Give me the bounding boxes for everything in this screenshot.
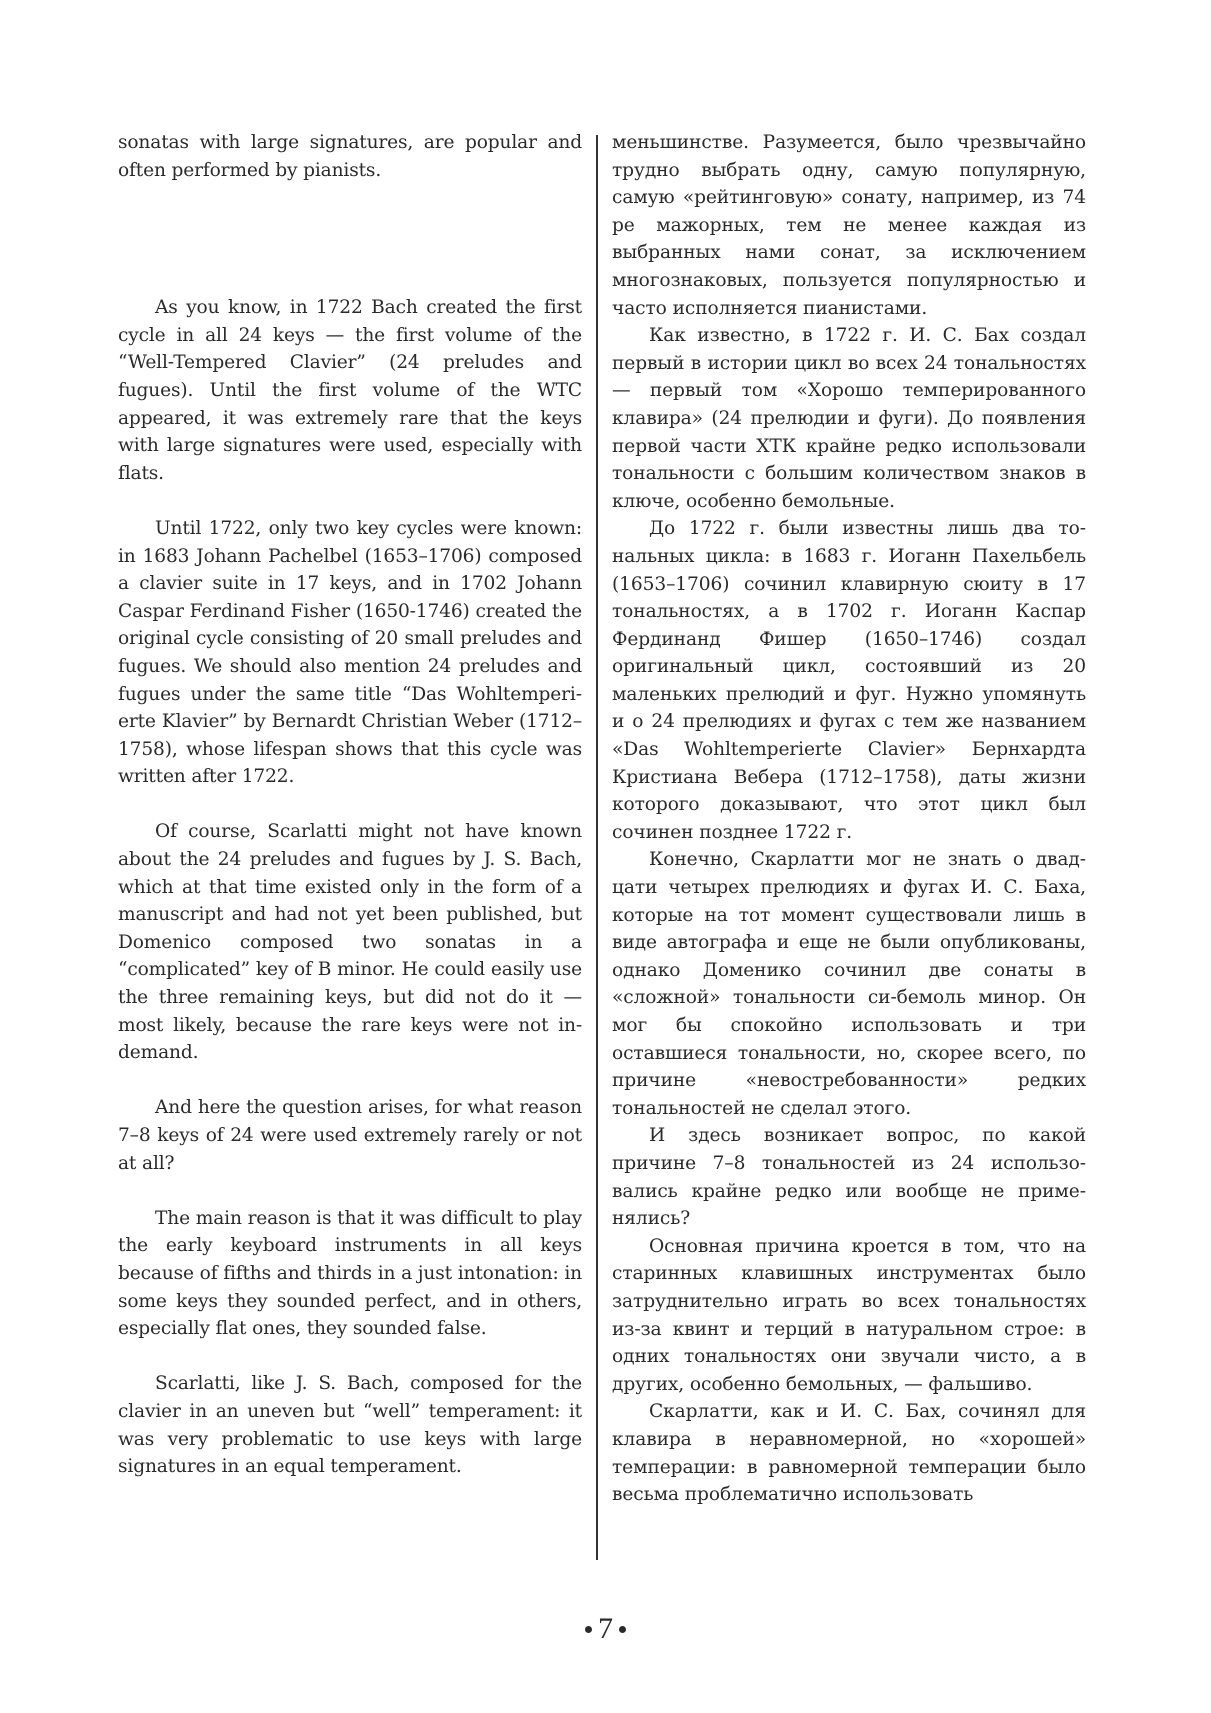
english-paragraph-4: Of course, Scarlatti might not have know… xyxy=(118,818,582,1066)
bullet-icon xyxy=(619,1626,626,1633)
russian-paragraph-1: меньшинстве. Разумеется, было чрезвычай­… xyxy=(612,129,1086,322)
english-paragraph-6: The main reason is that it was difficult… xyxy=(118,1205,582,1343)
english-paragraph-1: sonatas with large signatures, are popul… xyxy=(118,129,582,184)
bullet-icon xyxy=(585,1626,592,1633)
russian-paragraph-5: И здесь возникает вопрос, по какой причи… xyxy=(612,1122,1086,1232)
russian-paragraph-7: Скарлатти, как и И. С. Бах, сочинял для … xyxy=(612,1398,1086,1508)
page-number: 7 xyxy=(0,1612,1211,1646)
russian-paragraph-2: Как известно, в 1722 г. И. С. Бах создал… xyxy=(612,322,1086,515)
english-paragraph-7: Scarlatti, like J. S. Bach, composed for… xyxy=(118,1370,582,1480)
russian-column: меньшинстве. Разумеется, было чрезвычай­… xyxy=(612,129,1086,1509)
english-paragraph-5: And here the question arises, for what r… xyxy=(118,1094,582,1177)
russian-paragraph-4: Конечно, Скарлатти мог не знать о двад­ц… xyxy=(612,846,1086,1122)
russian-paragraph-3: До 1722 г. были известны лишь два то­нал… xyxy=(612,515,1086,846)
column-divider xyxy=(596,135,598,1560)
english-column: sonatas with large signatures, are popul… xyxy=(118,129,582,1508)
english-paragraph-2: As you know, in 1722 Bach created the fi… xyxy=(118,294,582,487)
page-number-value: 7 xyxy=(598,1612,613,1645)
russian-paragraph-6: Основная причина кроется в том, что на с… xyxy=(612,1233,1086,1399)
book-page: sonatas with large signatures, are popul… xyxy=(0,0,1211,1713)
english-paragraph-3: Until 1722, only two key cycles were kno… xyxy=(118,515,582,791)
